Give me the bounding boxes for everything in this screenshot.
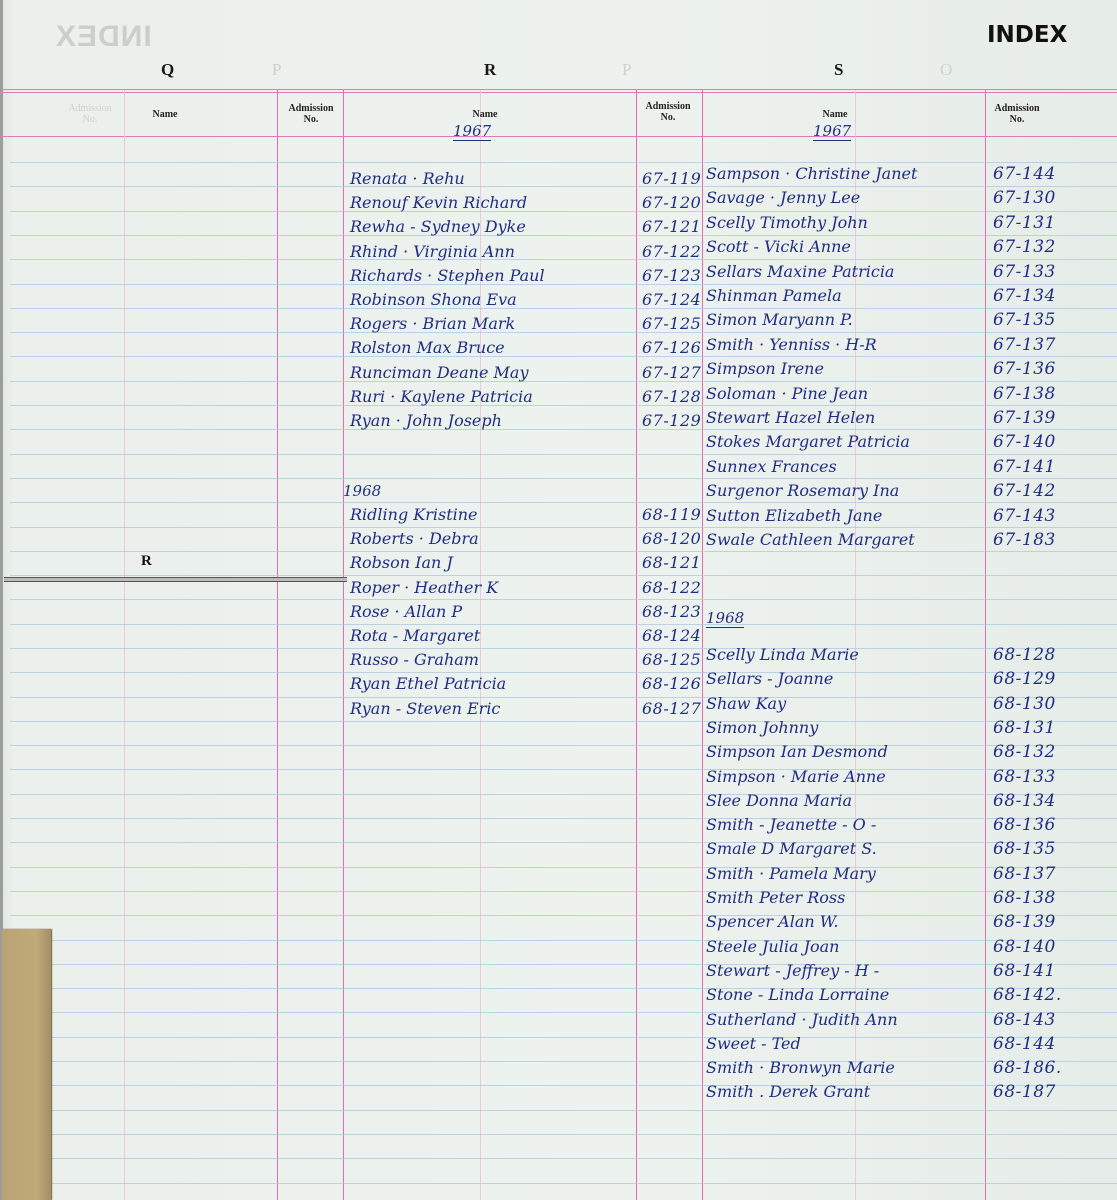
- list-item: Rhind · Virginia Ann67-122: [350, 240, 710, 264]
- entry-name: Ruri · Kaylene Patricia: [350, 385, 533, 409]
- list-item: Surgenor Rosemary Ina67-142: [706, 479, 1066, 503]
- list-item: Russo - Graham68-125: [350, 648, 710, 672]
- admission-number: 67-132: [993, 235, 1056, 259]
- entry-name: Rhind · Virginia Ann: [350, 240, 515, 264]
- list-item: Smith Peter Ross68-138: [706, 886, 1066, 910]
- list-item: Rose · Allan P68-123: [350, 600, 710, 624]
- column-line: [277, 90, 278, 1200]
- entry-name: Simpson Irene: [706, 357, 824, 381]
- admission-number: 68-186.: [993, 1056, 1062, 1080]
- list-item: Sellars Maxine Patricia67-133: [706, 260, 1066, 284]
- entry-name: Sampson · Christine Janet: [706, 162, 917, 186]
- list-item: Simpson · Marie Anne68-133: [706, 765, 1066, 789]
- admission-number: 67-141: [993, 455, 1056, 479]
- admission-number: 68-123: [642, 600, 701, 624]
- list-item: Simpson Irene67-136: [706, 357, 1066, 381]
- admission-number: 67-131: [993, 211, 1056, 235]
- list-item: Stewart Hazel Helen67-139: [706, 406, 1066, 430]
- list-item: Smith . Derek Grant68-187: [706, 1080, 1066, 1104]
- list-item: Scelly Linda Marie68-128: [706, 643, 1066, 667]
- admission-number: 68-127: [642, 697, 701, 721]
- admission-number: 67-136: [993, 357, 1056, 381]
- list-item: Smith · Pamela Mary68-137: [706, 862, 1066, 886]
- entry-name: Stewart - Jeffrey - H -: [706, 959, 879, 983]
- list-item: Smith · Yenniss · H-R67-137: [706, 333, 1066, 357]
- index-title: INDEX: [987, 22, 1067, 48]
- admission-number: 67-144: [993, 162, 1056, 186]
- entry-name: Simon Maryann P.: [706, 308, 853, 332]
- entry-name: Steele Julia Joan: [706, 935, 839, 959]
- entry-name: Roberts · Debra: [350, 527, 479, 551]
- list-item: Rota - Margaret68-124: [350, 624, 710, 648]
- entry-name: Robson Ian J: [350, 551, 453, 575]
- entry-name: Shinman Pamela: [706, 284, 842, 308]
- entry-name: Rogers · Brian Mark: [350, 312, 515, 336]
- admission-number: 68-128: [993, 643, 1056, 667]
- list-item: Scott - Vicki Anne67-132: [706, 235, 1066, 259]
- admission-number: 67-143: [993, 504, 1056, 528]
- s-year-1968: 1968: [706, 609, 744, 628]
- entry-name: Spencer Alan W.: [706, 910, 838, 934]
- list-item: Rewha - Sydney Dyke67-121: [350, 215, 710, 239]
- entry-name: Scelly Timothy John: [706, 211, 868, 235]
- list-item: Ruri · Kaylene Patricia67-128: [350, 385, 710, 409]
- admission-number: 68-124: [642, 624, 701, 648]
- admission-number: 68-135: [993, 837, 1056, 861]
- admission-number: 67-128: [642, 385, 701, 409]
- entry-name: Stokes Margaret Patricia: [706, 430, 910, 454]
- admission-number: 68-134: [993, 789, 1056, 813]
- admission-number: 67-119: [642, 167, 701, 191]
- entry-name: Sellars - Joanne: [706, 667, 833, 691]
- list-item: Stewart - Jeffrey - H -68-141: [706, 959, 1066, 983]
- admission-number: 68-133: [993, 765, 1056, 789]
- admission-number: 67-123: [642, 264, 701, 288]
- admission-number: 67-138: [993, 382, 1056, 406]
- list-item: Sampson · Christine Janet67-144: [706, 162, 1066, 186]
- entry-name: Scelly Linda Marie: [706, 643, 859, 667]
- admission-number: 68-131: [993, 716, 1056, 740]
- admission-number: 67-140: [993, 430, 1056, 454]
- column-line: [124, 90, 125, 1200]
- ruled-line: [10, 1158, 1117, 1159]
- list-item: Savage · Jenny Lee67-130: [706, 186, 1066, 210]
- entry-name: Stone - Linda Lorraine: [706, 983, 889, 1007]
- admission-number: 67-142: [993, 479, 1056, 503]
- admission-number: 68-119: [642, 503, 701, 527]
- ruled-line: [10, 1183, 1117, 1184]
- column-line: [343, 90, 344, 1200]
- list-item: Roper · Heather K68-122: [350, 576, 710, 600]
- ghost-letter: O: [940, 60, 952, 80]
- entry-name: Sutherland · Judith Ann: [706, 1008, 898, 1032]
- admission-number: 67-126: [642, 336, 701, 360]
- entry-name: Swale Cathleen Margaret: [706, 528, 915, 552]
- admission-number: 67-133: [993, 260, 1056, 284]
- r-admission-header: Admission No.: [637, 101, 699, 123]
- admission-number: 67-124: [642, 288, 701, 312]
- letter-r: R: [484, 60, 496, 80]
- ghost-index-title: INDEX: [55, 20, 152, 54]
- list-item: Shinman Pamela67-134: [706, 284, 1066, 308]
- entry-name: Savage · Jenny Lee: [706, 186, 860, 210]
- ledger-page: INDEX INDEX Q P R P S O Admission No. Na…: [0, 0, 1117, 1200]
- list-item: Stone - Linda Lorraine68-142.: [706, 983, 1066, 1007]
- entry-name: Renouf Kevin Richard: [350, 191, 527, 215]
- admission-number: 68-137: [993, 862, 1056, 886]
- admission-number: 68-130: [993, 692, 1056, 716]
- admission-number: 68-187: [993, 1080, 1056, 1104]
- list-item: Renata · Rehu67-119: [350, 167, 710, 191]
- entry-name: Smale D Margaret S.: [706, 837, 877, 861]
- admission-number: 68-122: [642, 576, 701, 600]
- ghost-letter: P: [622, 60, 631, 80]
- entry-name: Simon Johnny: [706, 716, 818, 740]
- admission-number: 67-127: [642, 361, 701, 385]
- list-item: Sutherland · Judith Ann68-143: [706, 1008, 1066, 1032]
- list-item: Sweet - Ted68-144: [706, 1032, 1066, 1056]
- list-item: Shaw Kay68-130: [706, 692, 1066, 716]
- admission-number: 68-144: [993, 1032, 1056, 1056]
- admission-number: 68-140: [993, 935, 1056, 959]
- list-item: Stokes Margaret Patricia67-140: [706, 430, 1066, 454]
- list-item: Sellars - Joanne68-129: [706, 667, 1066, 691]
- entry-name: Sweet - Ted: [706, 1032, 801, 1056]
- list-item: Sutton Elizabeth Jane67-143: [706, 504, 1066, 528]
- list-item: Swale Cathleen Margaret67-183: [706, 528, 1066, 552]
- header-rule: [0, 136, 1117, 137]
- entry-name: Sunnex Frances: [706, 455, 837, 479]
- admission-number: 68-121: [642, 551, 701, 575]
- entry-name: Russo - Graham: [350, 648, 479, 672]
- entry-name: Rota - Margaret: [350, 624, 480, 648]
- admission-number: 68-142.: [993, 983, 1062, 1007]
- admission-number: 68-125: [642, 648, 701, 672]
- admission-number: 67-183: [993, 528, 1056, 552]
- s-year-1967: 1967: [813, 122, 851, 141]
- admission-number: 68-143: [993, 1008, 1056, 1032]
- entry-name: Surgenor Rosemary Ina: [706, 479, 899, 503]
- entry-name: Smith - Jeanette - O -: [706, 813, 876, 837]
- admission-number: 67-135: [993, 308, 1056, 332]
- section-divider: [4, 577, 347, 582]
- entry-name: Ryan · John Joseph: [350, 409, 502, 433]
- ghost-letter: P: [272, 60, 281, 80]
- admission-number: 67-137: [993, 333, 1056, 357]
- list-item: Robson Ian J68-121: [350, 551, 710, 575]
- list-item: Renouf Kevin Richard67-120: [350, 191, 710, 215]
- entry-name: Sellars Maxine Patricia: [706, 260, 894, 284]
- q-admission-header: Admission No.: [280, 103, 342, 125]
- entry-name: Ryan Ethel Patricia: [350, 672, 506, 696]
- list-item: Simon Johnny68-131: [706, 716, 1066, 740]
- admission-number: 68-138: [993, 886, 1056, 910]
- list-item: Steele Julia Joan68-140: [706, 935, 1066, 959]
- list-item: Rogers · Brian Mark67-125: [350, 312, 710, 336]
- q-name-header: Name: [140, 109, 190, 120]
- entry-name: Robinson Shona Eva: [350, 288, 517, 312]
- letter-s: S: [834, 60, 843, 80]
- entry-name: Smith · Bronwyn Marie: [706, 1056, 895, 1080]
- list-item: Simpson Ian Desmond68-132: [706, 740, 1066, 764]
- entry-name: Richards · Stephen Paul: [350, 264, 545, 288]
- entry-name: Stewart Hazel Helen: [706, 406, 875, 430]
- list-item: Ridling Kristine68-119: [350, 503, 710, 527]
- admission-number: 67-121: [642, 215, 701, 239]
- list-item: Ryan Ethel Patricia68-126: [350, 672, 710, 696]
- list-item: Slee Donna Maria68-134: [706, 789, 1066, 813]
- admission-number: 68-120: [642, 527, 701, 551]
- admission-number: 67-125: [642, 312, 701, 336]
- list-item: Ryan · John Joseph67-129: [350, 409, 710, 433]
- entry-name: Rolston Max Bruce: [350, 336, 505, 360]
- s-admission-header: Admission No.: [986, 103, 1048, 125]
- r-year-1968: 1968: [343, 482, 381, 500]
- entry-name: Smith . Derek Grant: [706, 1080, 870, 1104]
- letter-q: Q: [161, 60, 174, 80]
- list-item: Spencer Alan W.68-139: [706, 910, 1066, 934]
- list-item: Smith · Bronwyn Marie68-186.: [706, 1056, 1066, 1080]
- list-item: Soloman · Pine Jean67-138: [706, 382, 1066, 406]
- entry-name: Shaw Kay: [706, 692, 786, 716]
- entry-name: Rewha - Sydney Dyke: [350, 215, 526, 239]
- entry-name: Renata · Rehu: [350, 167, 465, 191]
- entry-name: Sutton Elizabeth Jane: [706, 504, 882, 528]
- entry-name: Roper · Heather K: [350, 576, 498, 600]
- list-item: Runciman Deane May67-127: [350, 361, 710, 385]
- entry-name: Simpson Ian Desmond: [706, 740, 888, 764]
- admission-number: 68-141: [993, 959, 1056, 983]
- admission-number: 67-122: [642, 240, 701, 264]
- s-name-header: Name: [810, 109, 860, 120]
- entry-name: Soloman · Pine Jean: [706, 382, 868, 406]
- list-item: Roberts · Debra68-120: [350, 527, 710, 551]
- entry-name: Smith Peter Ross: [706, 886, 845, 910]
- list-item: Scelly Timothy John67-131: [706, 211, 1066, 235]
- list-item: Sunnex Frances67-141: [706, 455, 1066, 479]
- list-item: Ryan - Steven Eric68-127: [350, 697, 710, 721]
- entry-name: Simpson · Marie Anne: [706, 765, 886, 789]
- list-item: Smith - Jeanette - O -68-136: [706, 813, 1066, 837]
- admission-number: 68-126: [642, 672, 701, 696]
- admission-number: 67-129: [642, 409, 701, 433]
- entry-name: Ridling Kristine: [350, 503, 478, 527]
- admission-number: 67-120: [642, 191, 701, 215]
- list-item: Smale D Margaret S.68-135: [706, 837, 1066, 861]
- admission-number: 68-136: [993, 813, 1056, 837]
- admission-number: 67-130: [993, 186, 1056, 210]
- header-rule: [0, 89, 1117, 90]
- entry-name: Smith · Yenniss · H-R: [706, 333, 877, 357]
- index-tab: [2, 929, 51, 1200]
- ruled-line: [10, 1134, 1117, 1135]
- r-year-1967: 1967: [453, 122, 491, 141]
- admission-number: 68-132: [993, 740, 1056, 764]
- r-name-header: Name: [460, 109, 510, 120]
- list-item: Robinson Shona Eva67-124: [350, 288, 710, 312]
- entry-name: Rose · Allan P: [350, 600, 462, 624]
- admission-number: 67-134: [993, 284, 1056, 308]
- entry-name: Scott - Vicki Anne: [706, 235, 851, 259]
- section-marker-r: R: [141, 553, 152, 570]
- list-item: Rolston Max Bruce67-126: [350, 336, 710, 360]
- list-item: Richards · Stephen Paul67-123: [350, 264, 710, 288]
- ruled-line: [10, 1110, 1117, 1111]
- entry-name: Slee Donna Maria: [706, 789, 852, 813]
- ghost-header: Admission No.: [60, 103, 120, 125]
- entry-name: Smith · Pamela Mary: [706, 862, 876, 886]
- admission-number: 68-129: [993, 667, 1056, 691]
- admission-number: 67-139: [993, 406, 1056, 430]
- header-rule: [0, 92, 1117, 93]
- list-item: Simon Maryann P.67-135: [706, 308, 1066, 332]
- admission-number: 68-139: [993, 910, 1056, 934]
- entry-name: Runciman Deane May: [350, 361, 529, 385]
- entry-name: Ryan - Steven Eric: [350, 697, 500, 721]
